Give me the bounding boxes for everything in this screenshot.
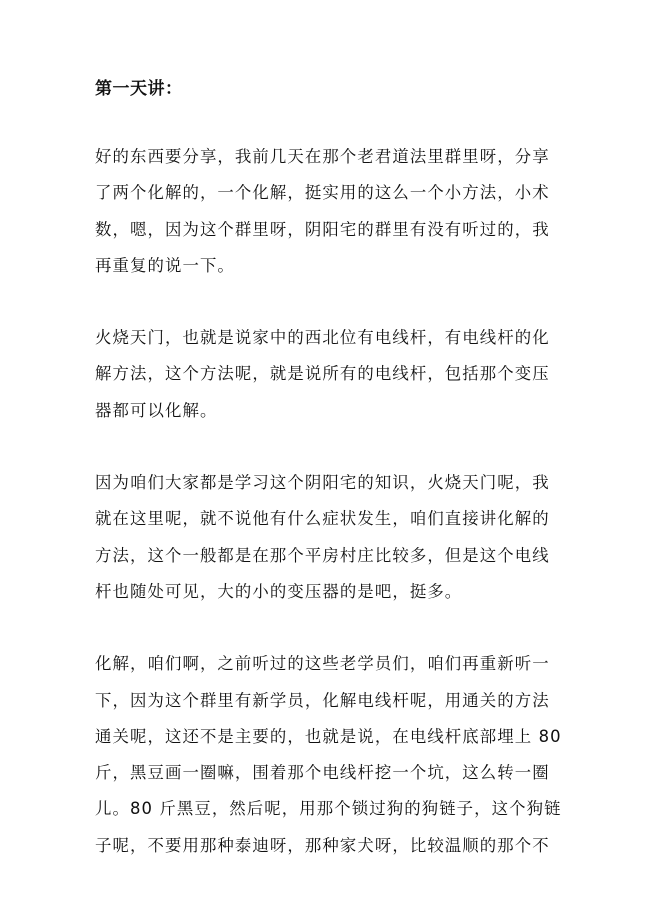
text-line: 子呢，不要用那种泰迪呀，那种家犬呀，比较温顺的那个不 [95, 828, 565, 864]
text-line: 了两个化解的，一个化解，挺实用的这么一个小方法，小术 [95, 175, 565, 211]
text-line: 化解，咱们啊，之前听过的这些老学员们，咱们再重新听一 [95, 646, 565, 682]
text-line: 火烧天门，也就是说家中的西北位有电线杆，有电线杆的化 [95, 320, 565, 356]
text-line: 下，因为这个群里有新学员，化解电线杆呢，用通关的方法 [95, 683, 565, 719]
document-page: 第一天讲： 好的东西要分享，我前几天在那个老君道法里群里呀，分享 了两个化解的，… [95, 74, 565, 900]
paragraph-2: 火烧天门，也就是说家中的西北位有电线杆，有电线杆的化 解方法，这个方法呢，就是说… [95, 320, 565, 429]
paragraph-4: 化解，咱们啊，之前听过的这些老学员们，咱们再重新听一 下，因为这个群里有新学员，… [95, 646, 565, 864]
text-line: 因为咱们大家都是学习这个阴阳宅的知识，火烧天门呢，我 [95, 465, 565, 501]
section-heading: 第一天讲： [95, 74, 565, 104]
text-line: 解方法，这个方法呢，就是说所有的电线杆，包括那个变压 [95, 356, 565, 392]
text-line: 就在这里呢，就不说他有什么症状发生，咱们直接讲化解的 [95, 501, 565, 537]
text-line: 再重复的说一下。 [95, 248, 565, 284]
text-line: 儿。80 斤黑豆，然后呢，用那个锁过狗的狗链子，这个狗链 [95, 791, 565, 827]
text-line: 数，嗯，因为这个群里呀，阴阳宅的群里有没有听过的，我 [95, 212, 565, 248]
paragraph-3: 因为咱们大家都是学习这个阴阳宅的知识，火烧天门呢，我 就在这里呢，就不说他有什么… [95, 465, 565, 610]
text-line: 杆也随处可见，大的小的变压器的是吧，挺多。 [95, 574, 565, 610]
paragraph-1: 好的东西要分享，我前几天在那个老君道法里群里呀，分享 了两个化解的，一个化解，挺… [95, 139, 565, 284]
text-line: 好的东西要分享，我前几天在那个老君道法里群里呀，分享 [95, 139, 565, 175]
text-line: 器都可以化解。 [95, 393, 565, 429]
text-line: 通关呢，这还不是主要的，也就是说，在电线杆底部埋上 80 [95, 719, 565, 755]
text-line: 方法，这个一般都是在那个平房村庄比较多，但是这个电线 [95, 538, 565, 574]
text-line: 斤，黑豆画一圈嘛，围着那个电线杆挖一个坑，这么转一圈 [95, 755, 565, 791]
